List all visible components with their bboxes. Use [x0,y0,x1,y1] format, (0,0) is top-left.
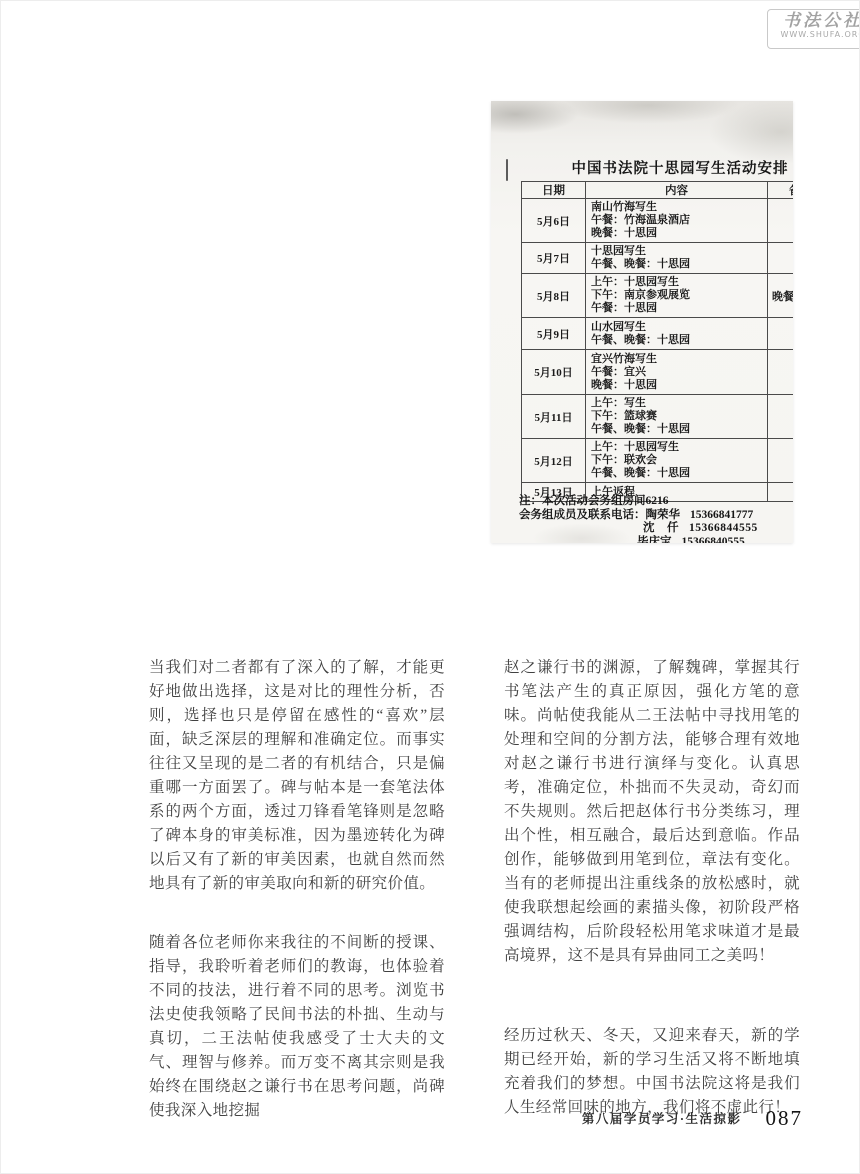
content-line: 晚餐：十思园 [591,379,762,392]
row-date: 5月10日 [522,350,586,395]
contact-phone: 15366841777 [690,509,753,521]
row-note [768,243,794,274]
article-right-column: 赵之谦行书的渊源，了解魏碑，掌握其行书笔法产生的真正原因，强化方笔的意味。尚帖使… [504,656,800,1120]
content-line: 午餐、晚餐：十思园 [591,467,762,480]
content-line: 下午：联欢会 [591,454,762,467]
magazine-page: 书法公社 WWW.SHUFA.ORG 中国书法院十思园写生活动安排 日期 内容 … [0,0,860,1174]
shufa-logo-calligraphy: 书法公社 [774,11,860,30]
contact-name: 毕庆宝 [637,536,672,544]
content-line: 南山竹海写生 [591,201,762,214]
content-line: 下午：南京参观展览 [591,289,762,302]
contact-label: 会务组成员及联系电话： [519,509,646,521]
page-footer: 第八届学员学习·生活掠影 087 [1,1106,803,1131]
content-line: 午餐、晚餐：十思园 [591,423,762,436]
row-content: 十思园写生 午餐、晚餐：十思园 [586,243,768,274]
row-note [768,350,794,395]
schedule-table: 日期 内容 备注 5月6日 南山竹海写生 午餐：竹海温泉酒店 晚餐：十思园 5月… [521,181,793,502]
table-row: 5月9日 山水园写生 午餐、晚餐：十思园 [522,318,794,350]
schedule-notes: 注：本次活动会务组房间6216 会务组成员及联系电话：陶荣华1536684177… [519,495,793,543]
header-content: 内容 [586,182,768,199]
content-line: 午餐：竹海温泉酒店 [591,214,762,227]
table-row: 5月10日 宜兴竹海写生 午餐：宜兴 晚餐：十思园 [522,350,794,395]
row-date: 5月9日 [522,318,586,350]
row-date: 5月6日 [522,199,586,243]
row-note [768,199,794,243]
table-row: 5月8日 上午：十思园写生 下午：南京参观展览 午餐：十思园 晚餐 [522,274,794,318]
content-line: 上午：十思园写生 [591,441,762,454]
contact-name: 陶荣华 [646,509,681,521]
content-line: 上午：写生 [591,397,762,410]
note-contact-line: 沈 仟15366844555 [519,522,793,536]
content-line: 午餐：宜兴 [591,366,762,379]
content-line: 下午：篮球赛 [591,410,762,423]
note-heading: 注：本次活动会务组房间6216 [519,495,793,509]
table-row: 5月6日 南山竹海写生 午餐：竹海温泉酒店 晚餐：十思园 [522,199,794,243]
schedule-title: 中国书法院十思园写生活动安排 [519,157,793,178]
table-header-row: 日期 内容 备注 [522,182,794,199]
content-line: 十思园写生 [591,245,762,258]
footer-page-number: 087 [766,1106,804,1130]
paragraph: 赵之谦行书的渊源，了解魏碑，掌握其行书笔法产生的真正原因，强化方笔的意味。尚帖使… [504,656,800,968]
article-left-column: 当我们对二者都有了深入的了解，才能更好地做出选择，这是对比的理性分析，否则，选择… [149,656,445,1123]
contact-phone: 15366840555 [682,536,745,544]
row-content: 上午：十思园写生 下午：南京参观展览 午餐：十思园 [586,274,768,318]
content-line: 晚餐：十思园 [591,227,762,240]
scan-artifact-tick [506,159,508,181]
content-line: 山水园写生 [591,321,762,334]
row-content: 南山竹海写生 午餐：竹海温泉酒店 晚餐：十思园 [586,199,768,243]
row-content: 上午：写生 下午：篮球赛 午餐、晚餐：十思园 [586,395,768,439]
row-content: 宜兴竹海写生 午餐：宜兴 晚餐：十思园 [586,350,768,395]
footer-section-title: 第八届学员学习·生活掠影 [582,1112,742,1126]
row-date: 5月12日 [522,439,586,483]
row-content: 山水园写生 午餐、晚餐：十思园 [586,318,768,350]
shufa-url-text: WWW.SHUFA.ORG [774,30,860,40]
header-note: 备注 [768,182,794,199]
content-line: 上午：十思园写生 [591,276,762,289]
content-line: 宜兴竹海写生 [591,353,762,366]
row-note: 晚餐 [768,274,794,318]
paragraph: 当我们对二者都有了深入的了解，才能更好地做出选择，这是对比的理性分析，否则，选择… [149,656,445,896]
content-line: 午餐、晚餐：十思园 [591,258,762,271]
table-row: 5月11日 上午：写生 下午：篮球赛 午餐、晚餐：十思园 [522,395,794,439]
row-note [768,439,794,483]
note-contact-line: 毕庆宝15366840555 [519,536,793,544]
contact-phone: 15366844555 [689,522,758,534]
row-note [768,395,794,439]
table-row: 5月12日 上午：十思园写生 下午：联欢会 午餐、晚餐：十思园 [522,439,794,483]
row-date: 5月11日 [522,395,586,439]
row-content: 上午：十思园写生 下午：联欢会 午餐、晚餐：十思园 [586,439,768,483]
row-note [768,318,794,350]
row-date: 5月8日 [522,274,586,318]
content-line: 午餐：十思园 [591,302,762,315]
content-line: 午餐、晚餐：十思园 [591,334,762,347]
contact-name: 沈 仟 [643,522,679,534]
table-row: 5月7日 十思园写生 午餐、晚餐：十思园 [522,243,794,274]
schedule-photo: 中国书法院十思园写生活动安排 日期 内容 备注 5月6日 南山竹海写生 午餐：竹… [491,101,793,543]
row-date: 5月7日 [522,243,586,274]
header-date: 日期 [522,182,586,199]
paragraph: 随着各位老师你来我往的不间断的授课、指导，我聆听着老师们的教诲，也体验着不同的技… [149,931,445,1123]
note-contact-line: 会务组成员及联系电话：陶荣华15366841777 [519,509,793,523]
shufa-watermark-stamp: 书法公社 WWW.SHUFA.ORG [767,9,860,49]
